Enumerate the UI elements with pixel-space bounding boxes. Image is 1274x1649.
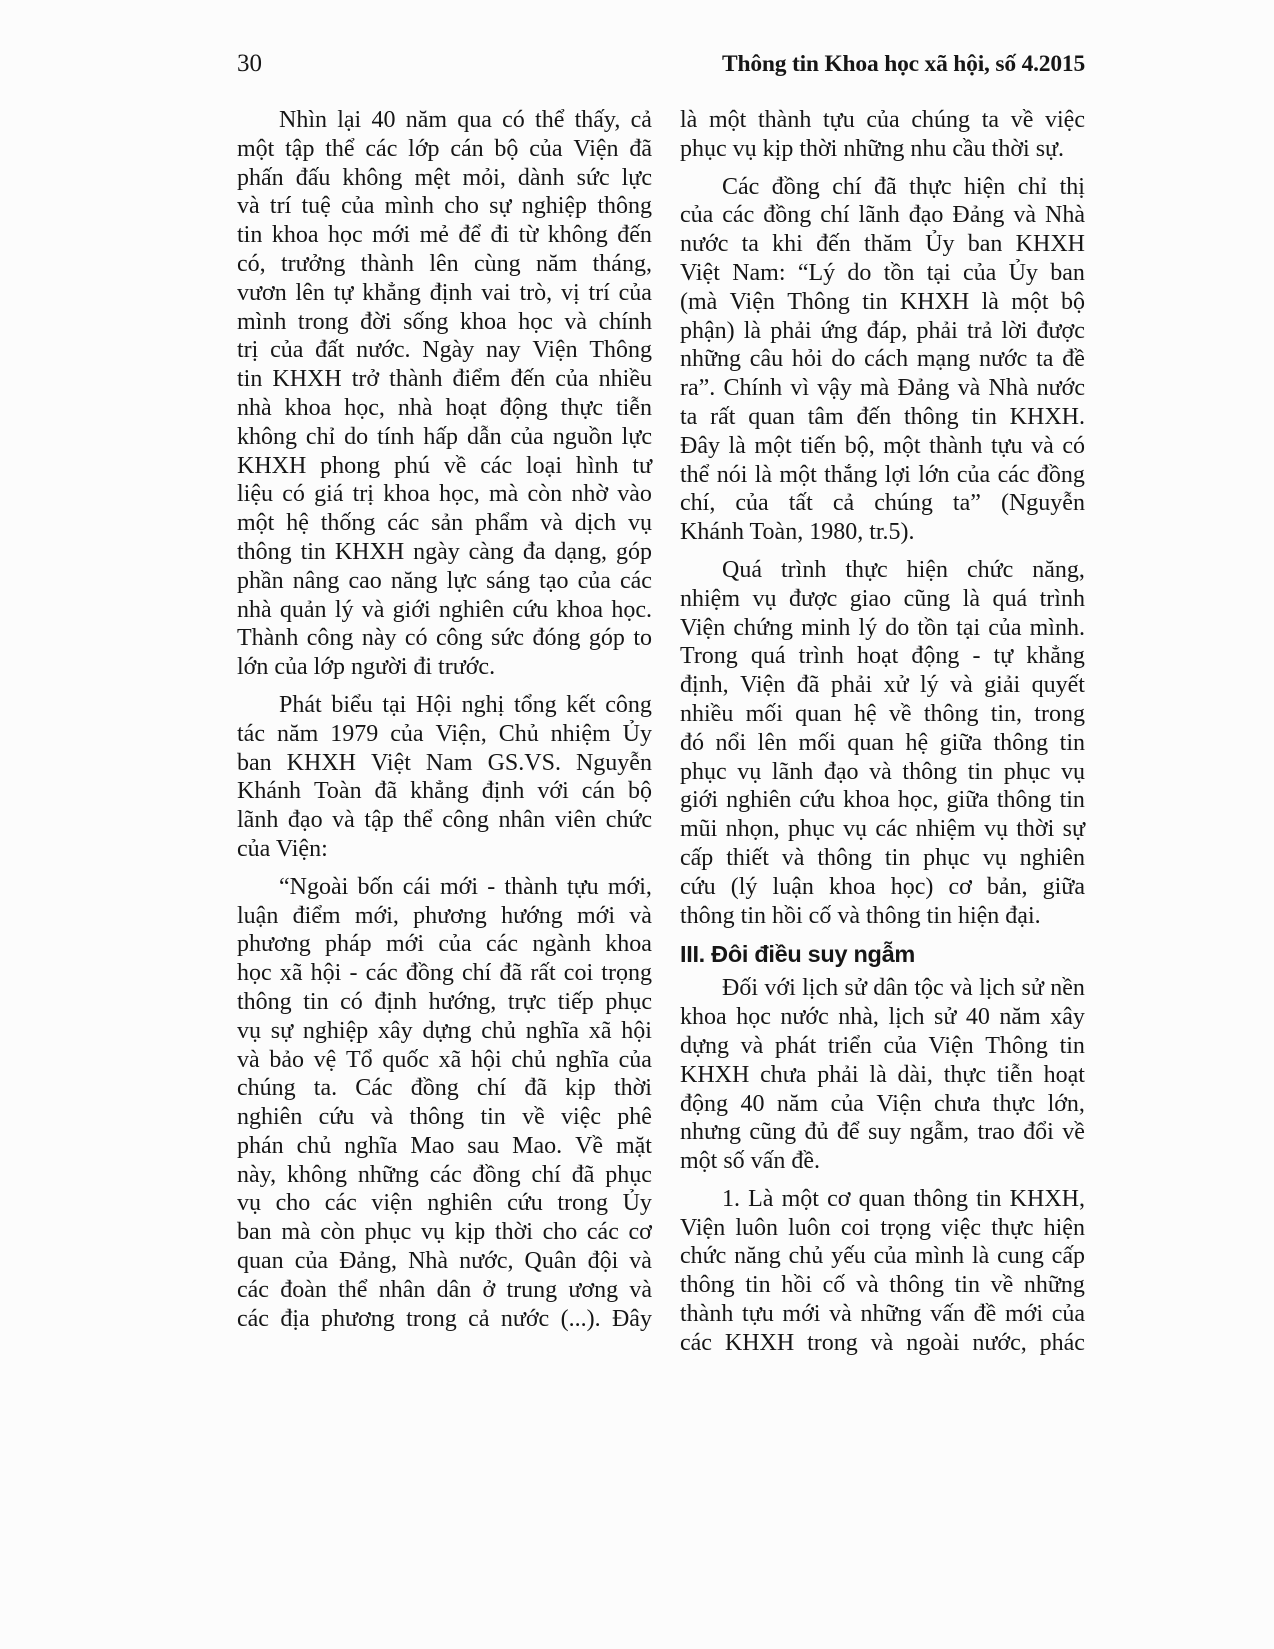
text-line: thànhtựumớivànhữngvấnđềmớicủa bbox=[680, 1300, 1085, 1329]
text-line: 1.LàmộtcơquanthôngtinKHXH, bbox=[680, 1185, 1085, 1214]
text-line: có,trưởngthànhlêncùngnămtháng, bbox=[237, 250, 652, 279]
text-line: Đốivớilịchsửdântộcvàlịchsửnền bbox=[680, 974, 1085, 1003]
text-line: giớinghiêncứukhoahọc,giữathôngtin bbox=[680, 786, 1085, 815]
text-line: trịcủađấtnước.NgàynayViệnThông bbox=[237, 336, 652, 365]
text-line: một số vấn đề. bbox=[680, 1147, 1085, 1176]
text-line: vàtrítuệcủamìnhchosựnghiệpthông bbox=[237, 192, 652, 221]
text-line: quancủaĐảng,Nhànước,Quânđộivà bbox=[237, 1247, 652, 1276]
text-line: KhánhToànđãkhẳngđịnhvớicánbộ bbox=[237, 777, 652, 806]
paragraph: Quátrìnhthựchiệnchứcnăng,nhiệmvụđượcgiao… bbox=[680, 556, 1085, 930]
text-line: phục vụ kịp thời những nhu cầu thời sự. bbox=[680, 135, 1085, 164]
text-line: KHXHphongphúvềcácloạihìnhtư bbox=[237, 452, 652, 481]
text-line: mộttậpthểcáclớpcánbộcủaViệnđã bbox=[237, 135, 652, 164]
text-line: mũinhọn,phụcvụcácnhiệmvụthờisự bbox=[680, 815, 1085, 844]
text-line: đónổilênmốiquanhệgiữathôngtin bbox=[680, 729, 1085, 758]
text-line: cácđịaphươngtrongcảnước(...).Đây bbox=[237, 1305, 652, 1334]
paragraph: Cácđồngchíđãthựchiệnchỉthịcủacácđồngchíl… bbox=[680, 173, 1085, 547]
text-line: thông tin hồi cố và thông tin hiện đại. bbox=[680, 902, 1085, 931]
text-line: PhátbiểutạiHộinghịtổngkếtcông bbox=[237, 691, 652, 720]
text-line: định,Việnđãphảixửlývàgiảiquyết bbox=[680, 671, 1085, 700]
paragraph: PhátbiểutạiHộinghịtổngkếtcôngtácnăm1979c… bbox=[237, 691, 652, 864]
text-line: luậnđiểmmới,phươnghướngmớivà bbox=[237, 902, 652, 931]
left-column: Nhìnlại40nămquacóthểthấy,cảmộttậpthểcácl… bbox=[237, 106, 652, 1367]
paragraph: Đốivớilịchsửdântộcvàlịchsửnềnkhoahọcnước… bbox=[680, 974, 1085, 1176]
text-line: phụcvụlãnhđạovàthôngtinphụcvụ bbox=[680, 758, 1085, 787]
text-line: khoahọcnướcnhà,lịchsử40nămxây bbox=[680, 1003, 1085, 1032]
text-line: vươnlêntựkhẳngđịnhvaitrò,vịtrícủa bbox=[237, 279, 652, 308]
text-line: củacácđồngchílãnhđạoĐảngvàNhà bbox=[680, 201, 1085, 230]
text-line: chứcnăngchủyếucủamìnhlàcungcấp bbox=[680, 1242, 1085, 1271]
text-line: nhàkhoahọc,nhàhoạtđộngthựctiễn bbox=[237, 394, 652, 423]
text-line: nghiêncứuvàthôngtinvềviệcphê bbox=[237, 1103, 652, 1132]
text-line: vụchocácviệnnghiêncứutrongỦy bbox=[237, 1189, 652, 1218]
text-line: mộthệthốngcácsảnphẩmvàdịchvụ bbox=[237, 509, 652, 538]
paragraph: “Ngoàibốncáimới-thànhtựumới,luậnđiểmmới,… bbox=[237, 873, 652, 1334]
text-line: phươngphápmớicủacácngànhkhoa bbox=[237, 930, 652, 959]
text-line: cấpthiếtvàthôngtinphụcvụnghiên bbox=[680, 844, 1085, 873]
section-heading: III. Đôi điều suy ngẫm bbox=[680, 939, 1085, 969]
text-line: Khánh Toàn, 1980, tr.5). bbox=[680, 518, 1085, 547]
page-number: 30 bbox=[237, 50, 262, 78]
text-line: thôngtincóđịnhhướng,trựctiếpphục bbox=[237, 988, 652, 1017]
text-line: lớn của lớp người đi trước. bbox=[237, 653, 652, 682]
text-line: phận)làphảiứngđáp,phảitrảlờiđược bbox=[680, 317, 1085, 346]
text-line: ViệtNam:“LýdotồntạicủaỦyban bbox=[680, 259, 1085, 288]
text-line: phầnnângcaonănglựcsángtạocủacác bbox=[237, 567, 652, 596]
text-columns: Nhìnlại40nămquacóthểthấy,cảmộttậpthểcácl… bbox=[237, 106, 1085, 1367]
text-line: phấnđấukhôngmệtmỏi,dànhsứclực bbox=[237, 164, 652, 193]
paragraph: Nhìnlại40nămquacóthểthấy,cảmộttậpthểcácl… bbox=[237, 106, 652, 682]
text-line: nhiệmvụđượcgiaocũnglàquátrình bbox=[680, 585, 1085, 614]
journal-title: Thông tin Khoa học xã hội, số 4.2015 bbox=[722, 51, 1085, 78]
text-line: Việnluônluôncoitrọngviệcthựchiện bbox=[680, 1214, 1085, 1243]
text-line: mìnhtrongđờisốngkhoahọcvàchính bbox=[237, 308, 652, 337]
text-line: banKHXHViệtNamGS.VS.Nguyễn bbox=[237, 749, 652, 778]
text-line: cácđoànthểnhândânởtrungươngvà bbox=[237, 1276, 652, 1305]
text-line: vụsựnghiệpxâydựngchủnghĩaxãhội bbox=[237, 1017, 652, 1046]
text-line: thểnóilàmộtthắnglợilớncủacácđồng bbox=[680, 461, 1085, 490]
text-line: Trongquátrìnhhoạtđộng-tựkhẳng bbox=[680, 642, 1085, 671]
text-line: nhiềumốiquanhệvềthôngtin,trong bbox=[680, 700, 1085, 729]
paragraph: làmộtthànhtựucủachúngtavềviệcphục vụ kịp… bbox=[680, 106, 1085, 164]
text-line: nhữngcâuhỏidocáchmạngnướctađề bbox=[680, 345, 1085, 374]
text-line: cácKHXHtrongvàngoàinước,phác bbox=[680, 1329, 1085, 1358]
text-line: khôngchỉdotínhhấpdẫncủanguồnlực bbox=[237, 423, 652, 452]
text-line: phánchủnghĩaMaosauMao.Vềmặt bbox=[237, 1132, 652, 1161]
text-line: thôngtinhồicốvàthôngtinvềnhững bbox=[680, 1271, 1085, 1300]
text-line: Cácđồngchíđãthựchiệnchỉthị bbox=[680, 173, 1085, 202]
text-line: thôngtinKHXHngàycàngđadạng,góp bbox=[237, 538, 652, 567]
text-line: lãnhđạovàtậpthểcôngnhânviênchức bbox=[237, 806, 652, 835]
page-header: 30 Thông tin Khoa học xã hội, số 4.2015 bbox=[237, 50, 1085, 78]
text-line: chúngta.Cácđồngchíđãkịpthời bbox=[237, 1074, 652, 1103]
text-line: banmàcònphụcvụkịpthờichocáccơ bbox=[237, 1218, 652, 1247]
text-line: này,khôngnhữngcácđồngchíđãphục bbox=[237, 1161, 652, 1190]
text-line: nhưngcũngđủđểsuyngẫm,traođổivề bbox=[680, 1118, 1085, 1147]
text-line: họcxãhội-cácđồngchíđãrấtcoitrọng bbox=[237, 959, 652, 988]
text-line: nướctakhiđếnthămỦybanKHXH bbox=[680, 230, 1085, 259]
document-page: 30 Thông tin Khoa học xã hội, số 4.2015 … bbox=[0, 0, 1274, 1649]
text-line: tarấtquantâmđếnthôngtinKHXH. bbox=[680, 403, 1085, 432]
text-line: “Ngoàibốncáimới-thànhtựumới, bbox=[237, 873, 652, 902]
text-line: dựngvàpháttriểncủaViệnThôngtin bbox=[680, 1032, 1085, 1061]
paragraph: 1.LàmộtcơquanthôngtinKHXH,Việnluônluônco… bbox=[680, 1185, 1085, 1358]
text-line: chí,củatấtcảchúngta”(Nguyễn bbox=[680, 489, 1085, 518]
text-line: liệucógiátrịkhoahọc,màcònnhờvào bbox=[237, 480, 652, 509]
text-line: tácnăm1979củaViện,ChủnhiệmỦy bbox=[237, 720, 652, 749]
text-line: KHXHchưaphảilàdài,thựctiễnhoạt bbox=[680, 1061, 1085, 1090]
text-line: cứu(lýluậnkhoahọc)cơbản,giữa bbox=[680, 873, 1085, 902]
right-column: làmộtthànhtựucủachúngtavềviệcphục vụ kịp… bbox=[680, 106, 1085, 1367]
text-line: nhàquảnlývàgiớinghiêncứukhoahọc. bbox=[237, 596, 652, 625]
text-line: vàbảovệTổquốcxãhộichủnghĩacủa bbox=[237, 1046, 652, 1075]
text-line: ra”.ChínhvìvậymàĐảngvàNhànước bbox=[680, 374, 1085, 403]
text-line: Thànhcôngnàycócôngsứcđónggópto bbox=[237, 624, 652, 653]
text-line: tinKHXHtrởthànhđiểmđếncủanhiều bbox=[237, 365, 652, 394]
text-line: tinkhoahọcmớimẻđểđitừkhôngđến bbox=[237, 221, 652, 250]
text-line: Quátrìnhthựchiệnchứcnăng, bbox=[680, 556, 1085, 585]
text-line: động40nămcủaViệnchưathựclớn, bbox=[680, 1090, 1085, 1119]
text-line: Đâylàmộttiếnbộ,mộtthànhtựuvàcó bbox=[680, 432, 1085, 461]
text-line: Nhìnlại40nămquacóthểthấy,cả bbox=[237, 106, 652, 135]
text-line: làmộtthànhtựucủachúngtavềviệc bbox=[680, 106, 1085, 135]
text-line: Việnchứngminhlýdotồntạicủamình. bbox=[680, 614, 1085, 643]
text-line: của Viện: bbox=[237, 835, 652, 864]
text-line: (màViệnThôngtinKHXHlàmộtbộ bbox=[680, 288, 1085, 317]
